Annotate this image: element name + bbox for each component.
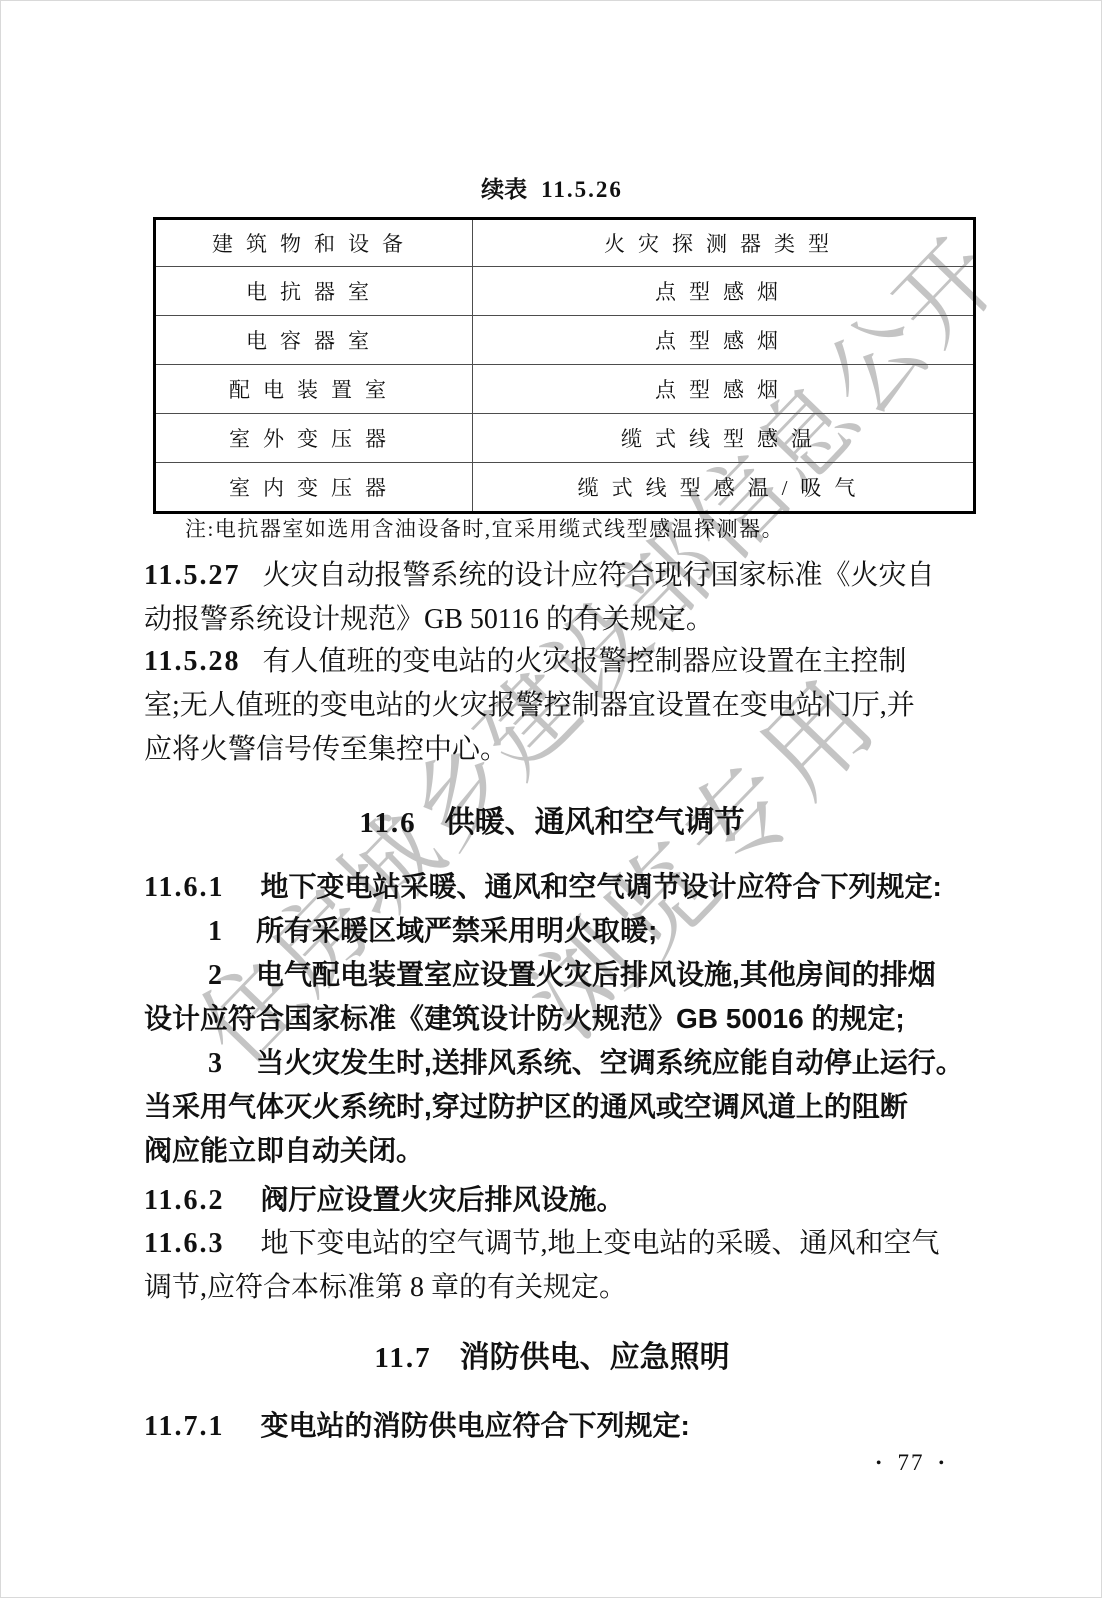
clause-11-5-28: 11.5.28有人值班的变电站的火灾报警控制器应设置在主控制 室;无人值班的变电…	[144, 640, 964, 772]
table-row: 电抗器室点型感烟	[155, 267, 975, 316]
clause-number: 11.5.28	[144, 646, 240, 677]
clause-line: 11.7.1变电站的消防供电应符合下列规定:	[144, 1404, 964, 1448]
table-row: 电容器室点型感烟	[155, 316, 975, 365]
list-item-1: 1所有采暖区域严禁采用明火取暖;	[144, 909, 964, 953]
clause-number: 11.6.2	[144, 1185, 224, 1216]
clause-text: 变电站的消防供电应符合下列规定:	[260, 1410, 689, 1441]
clause-11-7-1: 11.7.1变电站的消防供电应符合下列规定:	[144, 1404, 964, 1448]
table-row: 室外变压器缆式线型感温	[155, 414, 975, 463]
clause-11-6-2: 11.6.2阀厅应设置火灾后排风设施。	[144, 1178, 964, 1222]
table-cell: 缆式线型感温/吸气	[473, 463, 975, 513]
table-row: 室内变压器缆式线型感温/吸气	[155, 463, 975, 513]
item-number: 1	[208, 916, 222, 947]
clause-11-6-3: 11.6.3地下变电站的空气调节,地上变电站的采暖、通风和空气 调节,应符合本标…	[144, 1222, 964, 1310]
page-number-dot-right: •	[939, 1455, 947, 1472]
table-cell: 配电装置室	[155, 365, 473, 414]
list-item-2: 2电气配电装置室应设置火灾后排风设施,其他房间的排烟	[144, 953, 964, 997]
item-text: 当火灾发生时,送排风系统、空调系统应能自动停止运行。	[256, 1047, 964, 1078]
item-number: 3	[208, 1048, 222, 1079]
table-header-row: 建筑物和设备火灾探测器类型	[155, 219, 975, 267]
table-cell: 室外变压器	[155, 414, 473, 463]
table-caption: 续表11.5.26	[1, 167, 1102, 211]
table-cell: 点型感烟	[473, 316, 975, 365]
clause-line: 11.5.27火灾自动报警系统的设计应符合现行国家标准《火灾自	[144, 554, 964, 598]
clause-text: 阀厅应设置火灾后排风设施。	[260, 1184, 624, 1215]
table-cell: 建筑物和设备	[155, 219, 473, 267]
list-item-3: 3当火灾发生时,送排风系统、空调系统应能自动停止运行。	[144, 1041, 964, 1085]
clause-text: 地下变电站采暖、通风和空气调节设计应符合下列规定:	[260, 871, 941, 902]
section-heading-11-6: 11.6供暖、通风和空气调节	[1, 801, 1102, 845]
clause-line: 11.6.2阀厅应设置火灾后排风设施。	[144, 1178, 964, 1222]
list-item-3-cont: 当采用气体灭火系统时,穿过防护区的通风或空调风道上的阻断	[144, 1085, 964, 1129]
item-number: 2	[208, 960, 222, 991]
clause-number: 11.5.27	[144, 560, 240, 591]
item-text: 所有采暖区域严禁采用明火取暖;	[256, 915, 657, 946]
table-caption-number: 11.5.26	[541, 177, 623, 202]
clause-line: 11.5.28有人值班的变电站的火灾报警控制器应设置在主控制	[144, 640, 964, 684]
clause-line: 室;无人值班的变电站的火灾报警控制器宜设置在变电站门厅,并	[144, 684, 964, 728]
clause-number: 11.6.1	[144, 872, 224, 903]
clause-number: 11.6.3	[144, 1228, 224, 1259]
table-row: 配电装置室点型感烟	[155, 365, 975, 414]
table-cell: 电容器室	[155, 316, 473, 365]
table-cell: 电抗器室	[155, 267, 473, 316]
page-number: •77•	[846, 1445, 976, 1481]
table-note: 注:电抗器室如选用含油设备时,宜采用缆式线型感温探测器。	[185, 509, 985, 549]
clause-line: 动报警系统设计规范》GB 50116 的有关规定。	[144, 598, 964, 642]
table-caption-prefix: 续表	[481, 176, 527, 202]
list-item-3-cont: 阀应能立即自动关闭。	[144, 1129, 964, 1173]
section-number: 11.7	[374, 1342, 431, 1374]
clause-line: 调节,应符合本标准第 8 章的有关规定。	[144, 1266, 964, 1310]
clause-11-6-1: 11.6.1地下变电站采暖、通风和空气调节设计应符合下列规定: 1所有采暖区域严…	[144, 865, 964, 1173]
section-heading-11-7: 11.7消防供电、应急照明	[1, 1336, 1102, 1380]
clause-line: 11.6.3地下变电站的空气调节,地上变电站的采暖、通风和空气	[144, 1222, 964, 1266]
table-cell: 室内变压器	[155, 463, 473, 513]
clause-text: 火灾自动报警系统的设计应符合现行国家标准《火灾自	[262, 560, 934, 591]
section-title: 供暖、通风和空气调节	[445, 806, 745, 839]
table-cell: 缆式线型感温	[473, 414, 975, 463]
clause-line: 应将火警信号传至集控中心。	[144, 728, 964, 772]
item-text: 电气配电装置室应设置火灾后排风设施,其他房间的排烟	[256, 959, 936, 990]
list-item-2-cont: 设计应符合国家标准《建筑设计防火规范》GB 50016 的规定;	[144, 997, 964, 1041]
clause-line: 11.6.1地下变电站采暖、通风和空气调节设计应符合下列规定:	[144, 865, 964, 909]
table-cell: 点型感烟	[473, 267, 975, 316]
table-cell: 火灾探测器类型	[473, 219, 975, 267]
clause-11-5-27: 11.5.27火灾自动报警系统的设计应符合现行国家标准《火灾自 动报警系统设计规…	[144, 554, 964, 642]
table-cell: 点型感烟	[473, 365, 975, 414]
clause-text: 有人值班的变电站的火灾报警控制器应设置在主控制	[262, 646, 906, 677]
content-layer: 续表11.5.26 建筑物和设备火灾探测器类型电抗器室点型感烟电容器室点型感烟配…	[1, 1, 1101, 1597]
section-title: 消防供电、应急照明	[460, 1341, 730, 1374]
fire-detector-table-body: 建筑物和设备火灾探测器类型电抗器室点型感烟电容器室点型感烟配电装置室点型感烟室外…	[155, 219, 975, 513]
page-number-value: 77	[898, 1450, 925, 1475]
clause-number: 11.7.1	[144, 1411, 224, 1442]
clause-text: 地下变电站的空气调节,地上变电站的采暖、通风和空气	[260, 1228, 939, 1259]
fire-detector-table: 建筑物和设备火灾探测器类型电抗器室点型感烟电容器室点型感烟配电装置室点型感烟室外…	[153, 217, 976, 514]
page-number-dot-left: •	[876, 1455, 884, 1472]
document-page: 住房城乡建设部信息公开 浏览专用 续表11.5.26 建筑物和设备火灾探测器类型…	[0, 0, 1102, 1598]
section-number: 11.6	[359, 807, 416, 839]
